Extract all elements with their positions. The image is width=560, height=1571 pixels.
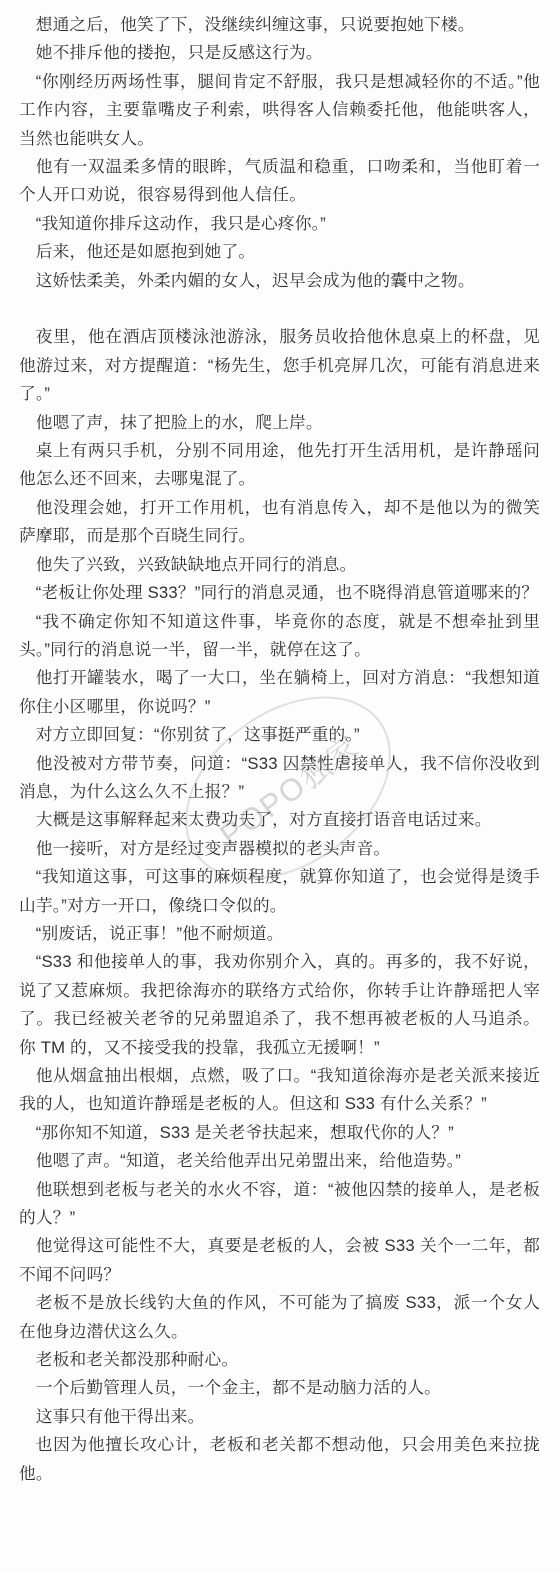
paragraph: 也因为他擅长攻心计，老板和老关都不想动他，只会用美色来拉拢他。 <box>19 1431 540 1488</box>
paragraph: “我不确定你知不知道这件事，毕竟你的态度，就是不想牵扯到里头。”同行的消息说一半… <box>19 608 540 665</box>
paragraph: 夜里，他在酒店顶楼泳池游泳，服务员收拾他休息桌上的杯盘，见他游过来，对方提醒道：… <box>19 323 540 408</box>
paragraph: 他联想到老板与老关的水火不容，道：“被他囚禁的接单人，是老板的人？” <box>19 1176 540 1233</box>
paragraph: 他失了兴致，兴致缺缺地点开同行的消息。 <box>19 551 540 579</box>
novel-text-body: 想通之后，他笑了下，没继续纠缠这事，只说要抱她下楼。她不排斥他的搂抱，只是反感这… <box>0 0 560 1488</box>
paragraph: 老板不是放长线钓大鱼的作风，不可能为了搞废 S33，派一个女人在他身边潜伏这么久… <box>19 1289 540 1346</box>
paragraph: “S33 和他接单人的事，我劝你别介入，真的。再多的，我不好说，说了又惹麻烦。我… <box>19 948 540 1062</box>
paragraph: 一个后勤管理人员，一个金主，都不是动脑力活的人。 <box>19 1374 540 1402</box>
paragraph: 对方立即回复：“你别贫了，这事挺严重的。” <box>19 721 540 749</box>
paragraph: 他一接听，对方是经过变声器模拟的老头声音。 <box>19 835 540 863</box>
paragraph: 这娇怯柔美，外柔内媚的女人，迟早会成为他的囊中之物。 <box>19 267 540 295</box>
novel-reader-page: { "page": { "background_color": "#fdfdfd… <box>0 0 560 1571</box>
paragraph: “别废话，说正事！”他不耐烦道。 <box>19 920 540 948</box>
paragraph: 后来，他还是如愿抱到她了。 <box>19 238 540 266</box>
paragraph: 他有一双温柔多情的眼眸，气质温和稳重，口吻柔和，当他盯着一个人开口劝说，很容易得… <box>19 153 540 210</box>
paragraph: 他打开罐装水，喝了一大口，坐在躺椅上，回对方消息：“我想知道你住小区哪里，你说吗… <box>19 664 540 721</box>
section-break <box>19 295 540 323</box>
paragraph: 大概是这事解释起来太费功夫了，对方直接打语音电话过来。 <box>19 806 540 834</box>
paragraph: “你刚经历两场性事，腿间肯定不舒服，我只是想减轻你的不适。”他工作内容，主要靠嘴… <box>19 68 540 153</box>
paragraph: 他觉得这可能性不大，真要是老板的人，会被 S33 关个一二年，都不闻不问吗？ <box>19 1232 540 1289</box>
paragraph: “那你知不知道，S33 是关老爷扶起来，想取代你的人？” <box>19 1119 540 1147</box>
paragraph: 他从烟盒抽出根烟，点燃，吸了口。“我知道徐海亦是老关派来接近我的人，也知道许静瑶… <box>19 1062 540 1119</box>
paragraph: 他嗯了声，抹了把脸上的水，爬上岸。 <box>19 409 540 437</box>
paragraph: 想通之后，他笑了下，没继续纠缠这事，只说要抱她下楼。 <box>19 11 540 39</box>
paragraph: 老板和老关都没那种耐心。 <box>19 1346 540 1374</box>
paragraph: “我知道这事，可这事的麻烦程度，就算你知道了，也会觉得是烫手山芋。”对方一开口，… <box>19 863 540 920</box>
paragraph: “我知道你排斥这动作，我只是心疼你。” <box>19 210 540 238</box>
paragraph: 他没理会她，打开工作用机，也有消息传入，却不是他以为的微笑萨摩耶，而是那个百晓生… <box>19 494 540 551</box>
paragraph: 这事只有他干得出来。 <box>19 1403 540 1431</box>
paragraph: 他没被对方带节奏，问道：“S33 囚禁性虐接单人，我不信你没收到消息，为什么这么… <box>19 750 540 807</box>
paragraph: “老板让你处理 S33？”同行的消息灵通，也不晓得消息管道哪来的？ <box>19 579 540 607</box>
paragraph: 桌上有两只手机，分别不同用途，他先打开生活用机，是许静瑶问他怎么还不回来，去哪鬼… <box>19 437 540 494</box>
paragraph: 她不排斥他的搂抱，只是反感这行为。 <box>19 39 540 67</box>
paragraph: 他嗯了声。“知道，老关给他弄出兄弟盟出来，给他造势。” <box>19 1147 540 1175</box>
